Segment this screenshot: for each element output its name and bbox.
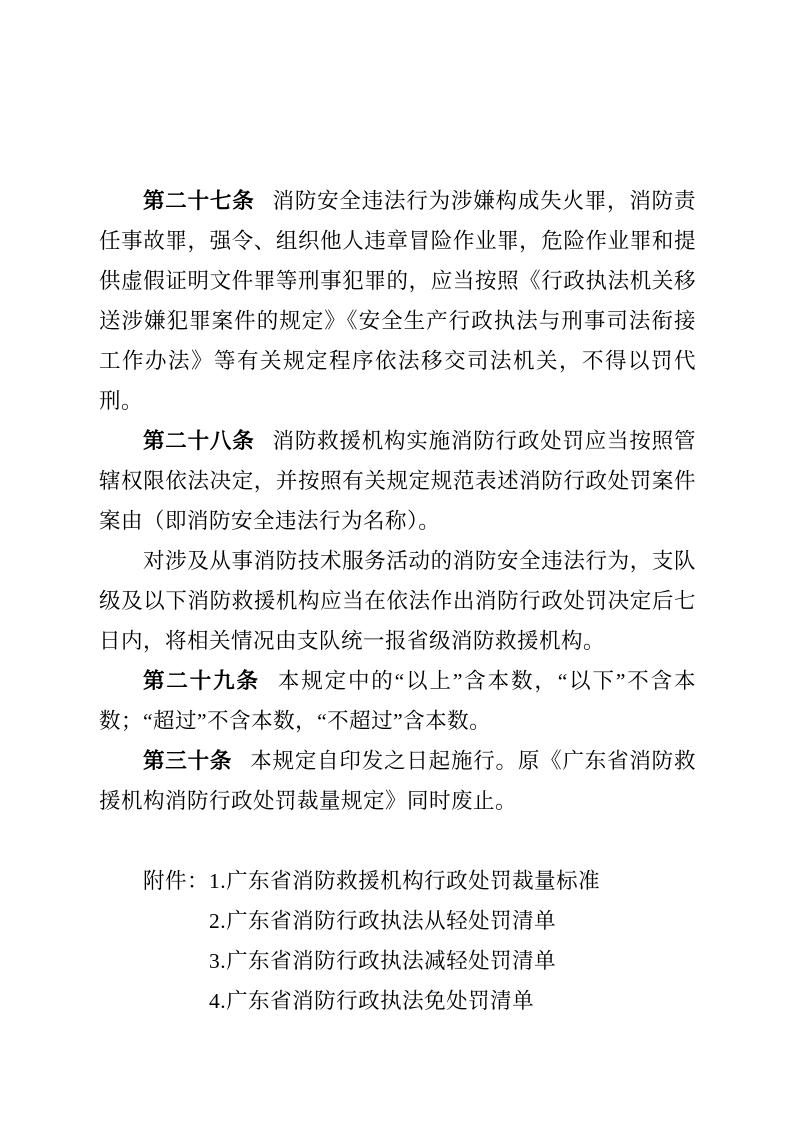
- attachment-item-1: 1.广东省消防救援机构行政处罚裁量标准: [209, 861, 696, 901]
- article-29-paragraph: 第二十九条本规定中的“以上”含本数，“以下”不含本数；“超过”不含本数，“不超过…: [99, 661, 696, 741]
- article-28-paragraph: 第二十八条消防救援机构实施消防行政处罚应当按照管辖权限依法决定，并按照有关规定规…: [99, 421, 696, 541]
- article-27-number: 第二十七条: [143, 189, 255, 213]
- article-29-number: 第二十九条: [143, 669, 260, 693]
- attachment-item-4: 4.广东省消防行政执法免处罚清单: [209, 981, 696, 1021]
- attachments-label: 附件：: [143, 861, 209, 1021]
- document-page: 第二十七条消防安全违法行为涉嫌构成失火罪，消防责任事故罪，强令、组织他人违章冒险…: [0, 0, 794, 1123]
- article-27-paragraph: 第二十七条消防安全违法行为涉嫌构成失火罪，消防责任事故罪，强令、组织他人违章冒险…: [99, 181, 696, 421]
- attachments-list: 1.广东省消防救援机构行政处罚裁量标准 2.广东省消防行政执法从轻处罚清单 3.…: [209, 861, 696, 1021]
- attachment-item-2: 2.广东省消防行政执法从轻处罚清单: [209, 901, 696, 941]
- article-28-sub-text: 对涉及从事消防技术服务活动的消防安全违法行为，支队级及以下消防救援机构应当在依法…: [99, 549, 696, 653]
- article-30-number: 第三十条: [143, 749, 232, 773]
- document-body: 第二十七条消防安全违法行为涉嫌构成失火罪，消防责任事故罪，强令、组织他人违章冒险…: [99, 181, 696, 1021]
- article-27-text: 消防安全违法行为涉嫌构成失火罪，消防责任事故罪，强令、组织他人违章冒险作业罪，危…: [99, 189, 696, 413]
- article-30-paragraph: 第三十条本规定自印发之日起施行。原《广东省消防救援机构消防行政处罚裁量规定》同时…: [99, 741, 696, 821]
- attachments-block: 附件： 1.广东省消防救援机构行政处罚裁量标准 2.广东省消防行政执法从轻处罚清…: [99, 861, 696, 1021]
- article-28-number: 第二十八条: [143, 429, 255, 453]
- article-28-subparagraph: 对涉及从事消防技术服务活动的消防安全违法行为，支队级及以下消防救援机构应当在依法…: [99, 541, 696, 661]
- attachment-item-3: 3.广东省消防行政执法减轻处罚清单: [209, 941, 696, 981]
